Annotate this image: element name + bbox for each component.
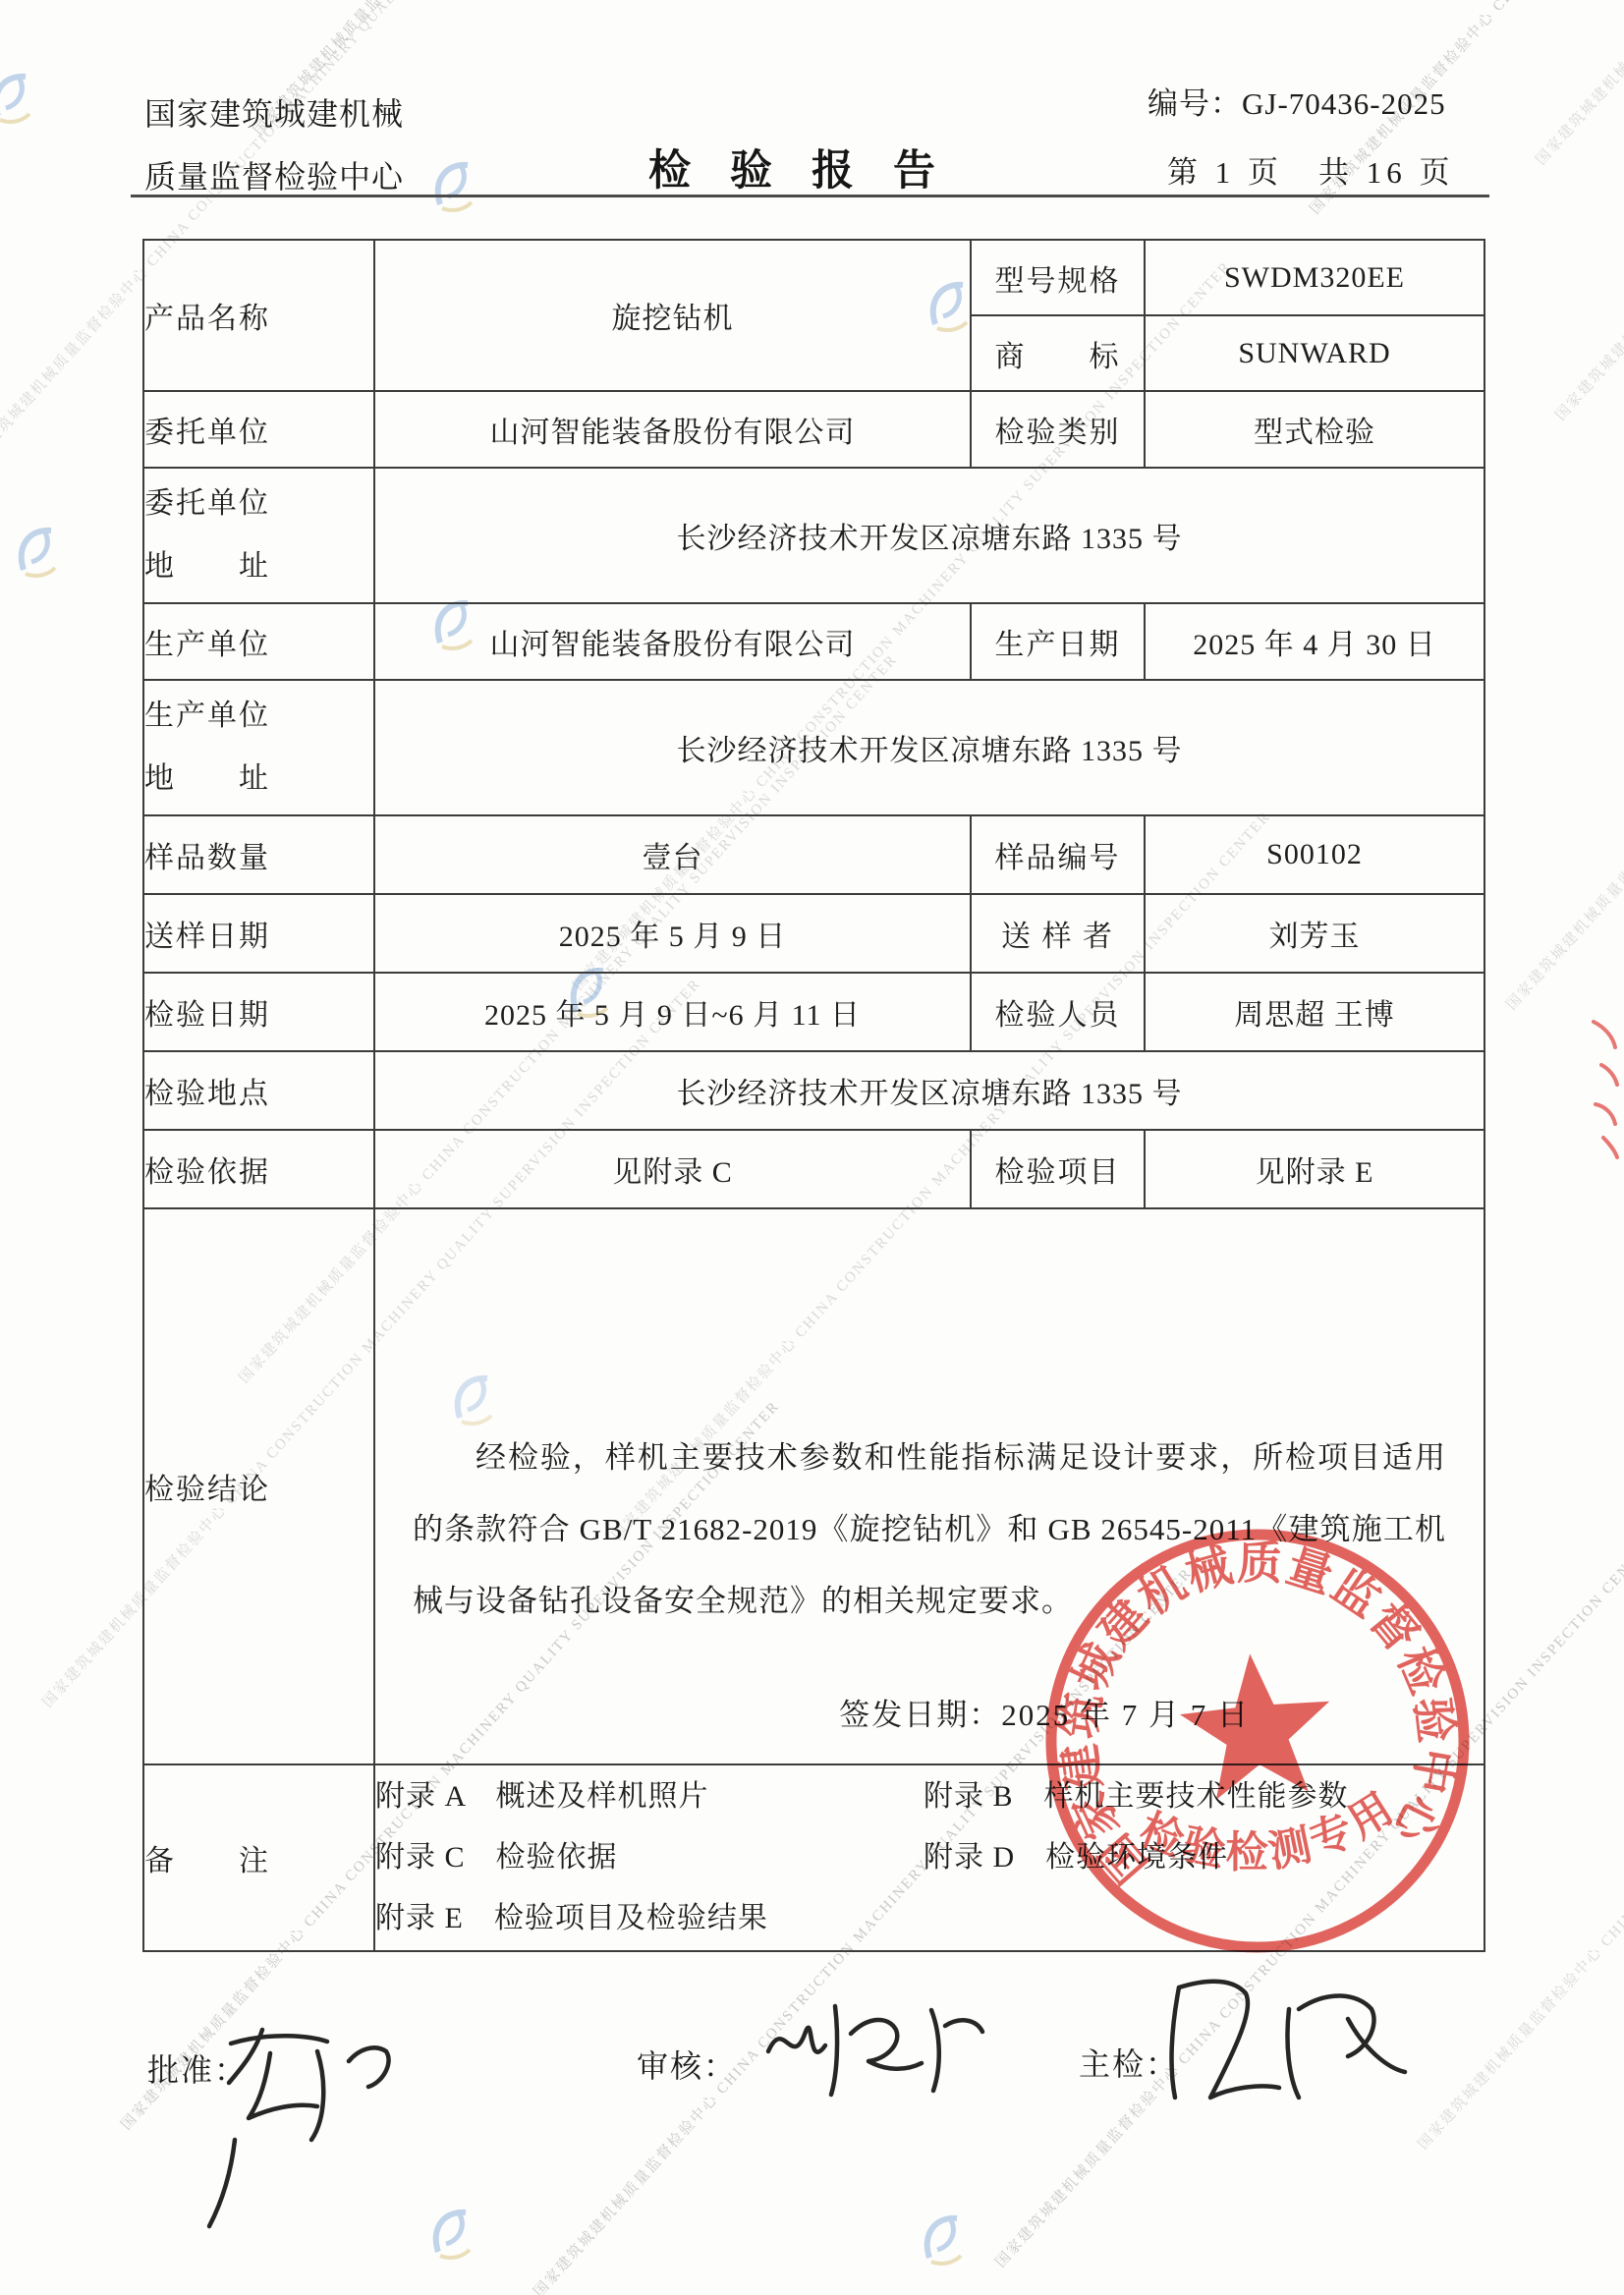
model-label: 型号规格 (971, 240, 1145, 315)
report-page: 国家建筑城建机械质量监督检验中心 CHINA CONSTRUCTION MACH… (0, 0, 1624, 2295)
center-logo-watermark (428, 2205, 479, 2264)
deliverer-label: 送 样 者 (971, 894, 1145, 973)
org-name-line1: 国家建筑城建机械 (144, 83, 404, 145)
inspection-basis-value: 见附录 C (374, 1130, 971, 1208)
inspection-place-value: 长沙经济技术开发区凉塘东路 1335 号 (374, 1051, 1484, 1130)
client-address-label-line2: 地 址 (144, 535, 373, 598)
sample-no-label: 样品编号 (971, 815, 1145, 894)
manufacturer-address-label-line2: 地 址 (144, 748, 373, 811)
inspectors-value: 周思超 王博 (1145, 973, 1484, 1051)
trademark-label: 商 标 (971, 315, 1145, 391)
report-number: 编号：GJ-70436-2025 (1148, 79, 1446, 123)
production-date-value: 2025 年 4 月 30 日 (1145, 603, 1484, 680)
sample-qty-label: 样品数量 (143, 815, 374, 894)
client-value: 山河智能装备股份有限公司 (374, 391, 971, 468)
header-org-name: 国家建筑城建机械 质量监督检验中心 (144, 83, 404, 208)
product-name-label: 产品名称 (143, 240, 374, 391)
stamp-star-icon (1175, 1648, 1337, 1803)
inspectors-label: 检验人员 (971, 973, 1145, 1051)
inspection-type-value: 型式检验 (1145, 391, 1484, 468)
sample-qty-value: 壹台 (374, 815, 971, 894)
center-logo-watermark (14, 523, 65, 582)
header-rule (131, 195, 1489, 197)
deliverer-value: 刘芳玉 (1145, 894, 1484, 973)
center-logo-watermark (0, 69, 39, 128)
review-label: 审核： (637, 2042, 737, 2087)
client-address-label: 委托单位 地 址 (143, 468, 374, 603)
inspection-date-label: 检验日期 (143, 973, 374, 1051)
inspection-items-label: 检验项目 (971, 1130, 1145, 1208)
product-name-value: 旋挖钻机 (374, 240, 971, 391)
manufacturer-address-label: 生产单位 地 址 (143, 680, 374, 815)
inspection-place-label: 检验地点 (143, 1051, 374, 1130)
delivery-date-value: 2025 年 5 月 9 日 (374, 894, 971, 973)
chief-signature (1151, 1950, 1417, 2137)
appendix-c: 附录 C 检验依据 (375, 1827, 924, 1888)
center-logo-watermark (920, 2211, 971, 2269)
production-date-label: 生产日期 (971, 603, 1145, 680)
org-name-line2: 质量监督检验中心 (144, 145, 404, 208)
client-label: 委托单位 (143, 391, 374, 468)
delivery-date-label: 送样日期 (143, 894, 374, 973)
red-stamp-fragment (1576, 1014, 1624, 1161)
watermark-text: 国家建筑城建机械质量监督检验中心 CHINA CONSTRUCTION MACH… (1533, 0, 1624, 170)
inspection-basis-label: 检验依据 (143, 1130, 374, 1208)
center-logo-watermark (430, 157, 481, 216)
manufacturer-address-label-line1: 生产单位 (144, 685, 373, 748)
approve-signature (201, 1992, 427, 2238)
client-address-value: 长沙经济技术开发区凉塘东路 1335 号 (374, 468, 1484, 603)
manufacturer-address-value: 长沙经济技术开发区凉塘东路 1335 号 (374, 680, 1484, 815)
manufacturer-label: 生产单位 (143, 603, 374, 680)
watermark-text: 国家建筑城建机械质量监督检验中心 CHINA CONSTRUCTION MACH… (1503, 277, 1624, 1014)
inspection-date-value: 2025 年 5 月 9 日~6 月 11 日 (374, 973, 971, 1051)
report-title: 检验报告 (648, 138, 975, 197)
client-address-label-line1: 委托单位 (144, 473, 373, 535)
conclusion-label: 检验结论 (143, 1208, 374, 1764)
trademark-value: SUNWARD (1145, 315, 1484, 391)
appendix-e: 附录 E 检验项目及检验结果 (375, 1888, 924, 1949)
sample-no-value: S00102 (1145, 815, 1484, 894)
manufacturer-value: 山河智能装备股份有限公司 (374, 603, 971, 680)
watermark-text: 国家建筑城建机械质量监督检验中心 CHINA CONSTRUCTION MACH… (1552, 0, 1624, 425)
page-number: 第 1 页 共 16 页 (1167, 147, 1455, 192)
remarks-label: 备 注 (143, 1764, 374, 1951)
official-stamp: 国家建筑城建机械质量监督检验中心 检验检测专用章 (1007, 1490, 1507, 1990)
appendix-a: 附录 A 概述及样机照片 (375, 1766, 924, 1827)
model-value: SWDM320EE (1145, 240, 1484, 315)
review-signature (749, 1977, 994, 2114)
inspection-type-label: 检验类别 (971, 391, 1145, 468)
inspection-items-value: 见附录 E (1145, 1130, 1484, 1208)
